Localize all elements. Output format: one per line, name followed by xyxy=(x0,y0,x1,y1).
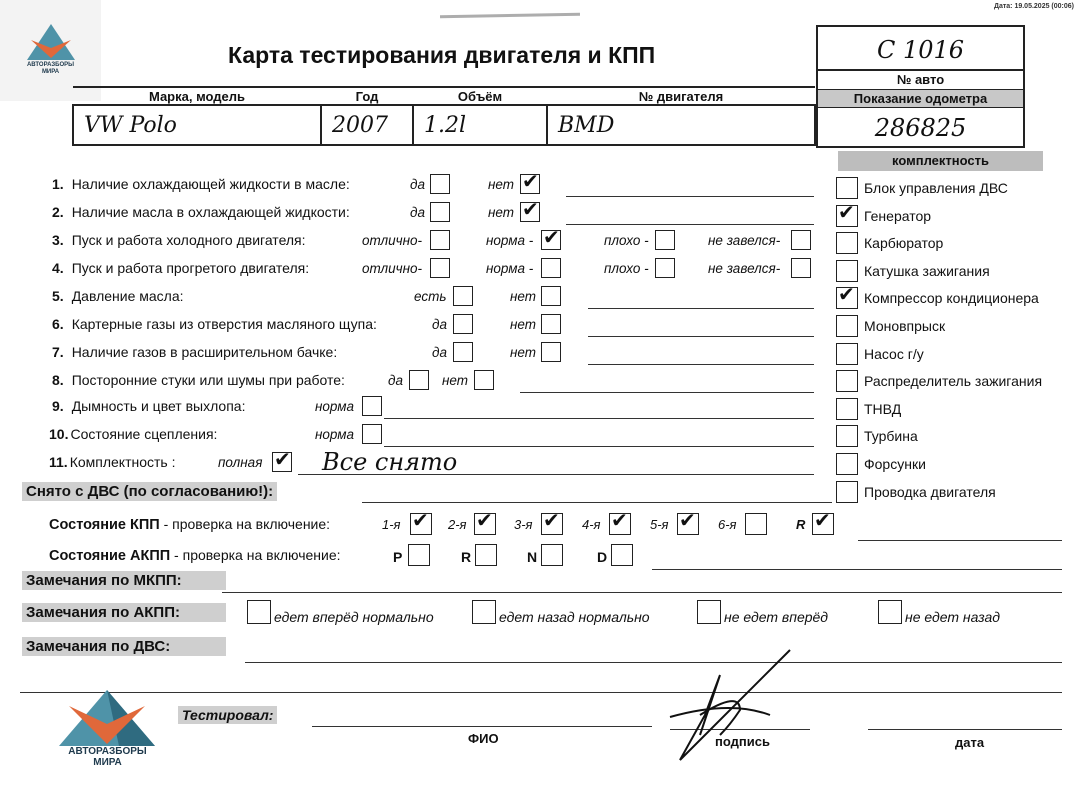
option-checkbox[interactable] xyxy=(430,230,450,250)
question-text: Посторонние стуки или шумы при работе: xyxy=(72,372,345,388)
year-field[interactable]: 2007 xyxy=(321,105,413,145)
logo-bottom-line1: АВТОРАЗБОРЫ xyxy=(55,747,160,758)
question-number: 8. xyxy=(52,372,64,388)
position-checkbox[interactable] xyxy=(408,544,430,566)
option-checkbox[interactable]: ✔ xyxy=(520,202,540,222)
checkmark-icon: ✔ xyxy=(838,284,855,304)
gear-label: 3-я xyxy=(514,517,533,532)
question-row: 5.Давление масла: xyxy=(52,288,184,304)
remarks-auto-label: Замечания по АКПП: xyxy=(22,603,226,622)
option-checkbox[interactable] xyxy=(541,314,561,334)
gear-checkbox[interactable]: ✔ xyxy=(812,513,834,535)
make-model-field[interactable]: VW Polo xyxy=(73,105,321,145)
question-text: Наличие газов в расширительном бачке: xyxy=(72,344,338,360)
gear-checkbox[interactable]: ✔ xyxy=(541,513,563,535)
gear-checkbox[interactable]: ✔ xyxy=(410,513,432,535)
kit-checkbox[interactable]: ✔ xyxy=(836,287,858,309)
page-title: Карта тестирования двигателя и КПП xyxy=(228,42,655,69)
gear-label: 5-я xyxy=(650,517,669,532)
option-checkbox[interactable] xyxy=(791,258,811,278)
option-checkbox[interactable]: ✔ xyxy=(541,230,561,250)
question-notes-line[interactable] xyxy=(566,196,814,197)
question-text: Картерные газы из отверстия масляного щу… xyxy=(72,316,377,332)
odometer-label: Показание одометра xyxy=(818,90,1023,108)
checkmark-icon: ✔ xyxy=(412,510,429,530)
option-checkbox[interactable] xyxy=(453,342,473,362)
option-label: полная xyxy=(218,455,262,470)
option-checkbox[interactable] xyxy=(541,342,561,362)
checkmark-icon: ✔ xyxy=(476,510,493,530)
auto-gearbox-title: Состояние АКПП xyxy=(49,548,170,564)
auto-number-label: № авто xyxy=(818,71,1023,90)
checkmark-icon: ✔ xyxy=(543,227,560,247)
logo-text-line2: МИРА xyxy=(0,69,101,75)
option-checkbox[interactable] xyxy=(655,230,675,250)
question-notes-line[interactable] xyxy=(588,308,814,309)
kit-item[interactable]: ✔Компрессор кондиционера xyxy=(836,287,1039,311)
question-row: 8.Посторонние стуки или шумы при работе: xyxy=(52,372,345,388)
remarks-manual-line[interactable] xyxy=(222,592,1062,593)
logo-bottom-line2: МИРА xyxy=(55,758,160,769)
question-number: 10. xyxy=(49,426,68,442)
gear-checkbox[interactable]: ✔ xyxy=(677,513,699,535)
gear-label: R xyxy=(796,517,805,532)
kit-item-label: Карбюратор xyxy=(864,235,943,251)
question-row: 1.Наличие охлаждающей жидкости в масле: xyxy=(52,176,350,192)
header-engine-number: № двигателя xyxy=(547,87,815,105)
gear-label: 4-я xyxy=(582,517,601,532)
option-checkbox[interactable] xyxy=(541,258,561,278)
kit-item[interactable]: Насос г/у xyxy=(836,343,924,367)
option-label: да xyxy=(388,373,403,388)
auto-remark-checkbox[interactable] xyxy=(247,600,271,624)
option-label: есть xyxy=(414,289,446,304)
date-label: дата xyxy=(955,735,984,750)
gear-checkbox[interactable]: ✔ xyxy=(609,513,631,535)
manual-gearbox-label: Состояние КПП - проверка на включение: xyxy=(49,516,330,533)
kit-item-label: Турбина xyxy=(864,428,918,444)
auto-remark-label: едет назад нормально xyxy=(499,609,650,625)
kit-item[interactable]: Проводка двигателя xyxy=(836,481,996,505)
option-checkbox[interactable] xyxy=(430,202,450,222)
header-volume: Объём xyxy=(413,87,547,105)
kit-checkbox[interactable] xyxy=(836,398,858,420)
position-label: D xyxy=(597,549,607,565)
kit-item-label: Блок управления ДВС xyxy=(864,180,1008,196)
manual-gearbox-title: Состояние КПП xyxy=(49,517,160,533)
auto-remark-label: не едет назад xyxy=(905,609,1000,625)
question-notes-line[interactable] xyxy=(520,392,814,393)
question-row: 10.Состояние сцепления: xyxy=(49,426,217,442)
kit-checkbox[interactable] xyxy=(836,425,858,447)
logo-icon xyxy=(27,24,75,62)
option-checkbox[interactable] xyxy=(430,258,450,278)
auto-gearbox-line[interactable] xyxy=(652,569,1062,570)
header-year: Год xyxy=(321,87,413,105)
kit-checkbox[interactable]: ✔ xyxy=(836,205,858,227)
kit-item-label: Распределитель зажигания xyxy=(864,373,1042,389)
question-notes-line[interactable] xyxy=(384,418,814,419)
kit-item[interactable]: ✔Генератор xyxy=(836,205,931,229)
kit-checkbox[interactable] xyxy=(836,343,858,365)
checkmark-icon: ✔ xyxy=(838,202,855,222)
question-row: 7.Наличие газов в расширительном бачке: xyxy=(52,344,337,360)
question-text: Состояние сцепления: xyxy=(70,426,217,442)
signature-scribble xyxy=(660,645,810,765)
auto-remark-checkbox[interactable] xyxy=(697,600,721,624)
kit-item[interactable]: Карбюратор xyxy=(836,232,943,256)
logo-text-line1: АВТОРАЗБОРЫ xyxy=(0,62,101,68)
kit-item[interactable]: Форсунки xyxy=(836,453,926,477)
option-checkbox[interactable] xyxy=(409,370,429,390)
option-label: нет xyxy=(488,177,514,192)
manual-gearbox-line[interactable] xyxy=(858,540,1062,541)
question-text: Давление масла: xyxy=(72,288,184,304)
question-text: Наличие охлаждающей жидкости в масле: xyxy=(72,176,350,192)
question-notes-line[interactable] xyxy=(588,336,814,337)
question-row: 3.Пуск и работа холодного двигателя: xyxy=(52,232,306,248)
odometer-field[interactable]: 286825 xyxy=(818,108,1023,146)
checkmark-icon: ✔ xyxy=(522,171,539,191)
question-number: 3. xyxy=(52,232,64,248)
auto-remark-label: не едет вперёд xyxy=(724,609,828,625)
option-label: нет xyxy=(442,373,468,388)
position-checkbox[interactable] xyxy=(475,544,497,566)
fio-line[interactable] xyxy=(312,726,652,727)
question-note[interactable]: Все снято xyxy=(322,448,457,476)
removed-label: Снято с ДВС (по согласованию!): xyxy=(22,482,277,501)
question-number: 1. xyxy=(52,176,64,192)
question-number: 11. xyxy=(49,454,68,470)
manual-gearbox-desc: - проверка на включение: xyxy=(160,516,330,532)
kit-header: комплектность xyxy=(838,151,1043,171)
question-text: Наличие масла в охлаждающей жидкости: xyxy=(72,204,350,220)
option-checkbox[interactable]: ✔ xyxy=(520,174,540,194)
question-number: 4. xyxy=(52,260,64,276)
kit-checkbox[interactable] xyxy=(836,481,858,503)
remarks-manual-label: Замечания по МКПП: xyxy=(22,571,226,590)
kit-item-label: Компрессор кондиционера xyxy=(864,290,1039,306)
auto-number-field[interactable]: C 1016 xyxy=(818,27,1023,71)
question-row: 9.Дымность и цвет выхлопа: xyxy=(52,398,245,414)
question-notes-line[interactable] xyxy=(384,446,814,447)
kit-item[interactable]: Моновпрыск xyxy=(836,315,945,339)
option-checkbox[interactable] xyxy=(453,286,473,306)
option-label: норма xyxy=(315,399,354,414)
question-text: Пуск и работа прогретого двигателя: xyxy=(72,260,309,276)
option-checkbox[interactable] xyxy=(453,314,473,334)
kit-item[interactable]: Катушка зажигания xyxy=(836,260,990,284)
question-notes-line[interactable] xyxy=(588,364,814,365)
question-row: 4.Пуск и работа прогретого двигателя: xyxy=(52,260,309,276)
header-make-model: Марка, модель xyxy=(73,87,321,105)
option-checkbox[interactable]: ✔ xyxy=(272,452,292,472)
kit-item-label: Генератор xyxy=(864,208,931,224)
kit-checkbox[interactable] xyxy=(836,453,858,475)
option-label: да xyxy=(432,345,447,360)
kit-item[interactable]: Блок управления ДВС xyxy=(836,177,1008,201)
kit-checkbox[interactable] xyxy=(836,232,858,254)
kit-item[interactable]: ТНВД xyxy=(836,398,901,422)
checkmark-icon: ✔ xyxy=(679,510,696,530)
kit-item[interactable]: Распределитель зажигания xyxy=(836,370,1042,394)
kit-item-label: ТНВД xyxy=(864,401,901,417)
vehicle-info-table: Марка, модель Год Объём № двигателя VW P… xyxy=(72,86,816,146)
option-label: не завелся- xyxy=(708,261,780,276)
remarks-engine-line[interactable] xyxy=(245,662,1062,663)
gear-checkbox[interactable] xyxy=(745,513,767,535)
option-checkbox[interactable] xyxy=(362,396,382,416)
question-row: 6.Картерные газы из отверстия масляного … xyxy=(52,316,377,332)
option-label: нет xyxy=(510,345,536,360)
option-label: да xyxy=(432,317,447,332)
kit-item-label: Проводка двигателя xyxy=(864,484,996,500)
question-number: 9. xyxy=(52,398,64,414)
option-label: не завелся- xyxy=(708,233,780,248)
auto-gearbox-desc: - проверка на включение: xyxy=(170,547,340,563)
auto-remark-checkbox[interactable] xyxy=(472,600,496,624)
option-label: норма xyxy=(315,427,354,442)
option-label: плохо - xyxy=(604,233,649,248)
question-number: 7. xyxy=(52,344,64,360)
removed-line[interactable] xyxy=(362,502,832,503)
auto-remark-checkbox[interactable] xyxy=(878,600,902,624)
volume-field[interactable]: 1.2l xyxy=(413,105,547,145)
auto-gearbox-label: Состояние АКПП - проверка на включение: xyxy=(49,547,341,564)
option-label: норма - xyxy=(486,261,533,276)
kit-item[interactable]: Турбина xyxy=(836,425,918,449)
kit-item-label: Насос г/у xyxy=(864,346,924,362)
logo-bottom-icon xyxy=(59,690,155,746)
kit-item-label: Катушка зажигания xyxy=(864,263,990,279)
option-checkbox[interactable] xyxy=(474,370,494,390)
gear-label: 1-я xyxy=(382,517,401,532)
option-label: плохо - xyxy=(604,261,649,276)
question-notes-line[interactable] xyxy=(566,224,814,225)
option-label: да xyxy=(410,177,425,192)
position-label: R xyxy=(461,549,471,565)
question-row: 2.Наличие масла в охлаждающей жидкости: xyxy=(52,204,350,220)
kit-item-label: Моновпрыск xyxy=(864,318,945,334)
engine-number-field[interactable]: BMD xyxy=(547,105,815,145)
gear-label: 6-я xyxy=(718,517,737,532)
remarks-engine-label: Замечания по ДВС: xyxy=(22,637,226,656)
kit-checkbox[interactable] xyxy=(836,370,858,392)
scan-smudge xyxy=(440,13,580,18)
auto-remark-label: едет вперёд нормально xyxy=(274,609,434,625)
position-checkbox[interactable] xyxy=(611,544,633,566)
option-label: нет xyxy=(488,205,514,220)
question-number: 2. xyxy=(52,204,64,220)
position-label: N xyxy=(527,549,537,565)
option-checkbox[interactable] xyxy=(541,286,561,306)
option-label: норма - xyxy=(486,233,533,248)
gear-checkbox[interactable]: ✔ xyxy=(474,513,496,535)
position-label: P xyxy=(393,549,402,565)
gear-label: 2-я xyxy=(448,517,467,532)
kit-checkbox[interactable] xyxy=(836,177,858,199)
question-text: Пуск и работа холодного двигателя: xyxy=(72,232,306,248)
remarks-extra-line[interactable] xyxy=(20,692,1062,693)
option-checkbox[interactable] xyxy=(655,258,675,278)
option-label: да xyxy=(410,205,425,220)
date-line[interactable] xyxy=(868,729,1062,730)
kit-checkbox[interactable] xyxy=(836,260,858,282)
tested-by-label: Тестировал: xyxy=(178,706,277,724)
auto-odometer-box: C 1016 № авто Показание одометра 286825 xyxy=(816,25,1025,148)
option-label: отлично- xyxy=(362,233,422,248)
option-checkbox[interactable] xyxy=(791,230,811,250)
question-row: 11.Комплектность : xyxy=(49,454,176,470)
option-label: отлично- xyxy=(362,261,422,276)
checkmark-icon: ✔ xyxy=(522,199,539,219)
question-number: 6. xyxy=(52,316,64,332)
option-checkbox[interactable] xyxy=(362,424,382,444)
checkmark-icon: ✔ xyxy=(543,510,560,530)
kit-item-label: Форсунки xyxy=(864,456,926,472)
checkmark-icon: ✔ xyxy=(611,510,628,530)
option-label: нет xyxy=(510,289,536,304)
question-text: Комплектность : xyxy=(70,454,176,470)
position-checkbox[interactable] xyxy=(541,544,563,566)
question-number: 5. xyxy=(52,288,64,304)
date-stamp: Дата: 19.05.2025 (00:06) xyxy=(994,3,1074,10)
kit-checkbox[interactable] xyxy=(836,315,858,337)
checkmark-icon: ✔ xyxy=(274,449,291,469)
question-text: Дымность и цвет выхлопа: xyxy=(72,398,246,414)
option-label: нет xyxy=(510,317,536,332)
checkmark-icon: ✔ xyxy=(814,510,831,530)
fio-label: ФИО xyxy=(468,731,499,746)
logo-bottom: АВТОРАЗБОРЫ МИРА xyxy=(55,690,160,770)
option-checkbox[interactable] xyxy=(430,174,450,194)
